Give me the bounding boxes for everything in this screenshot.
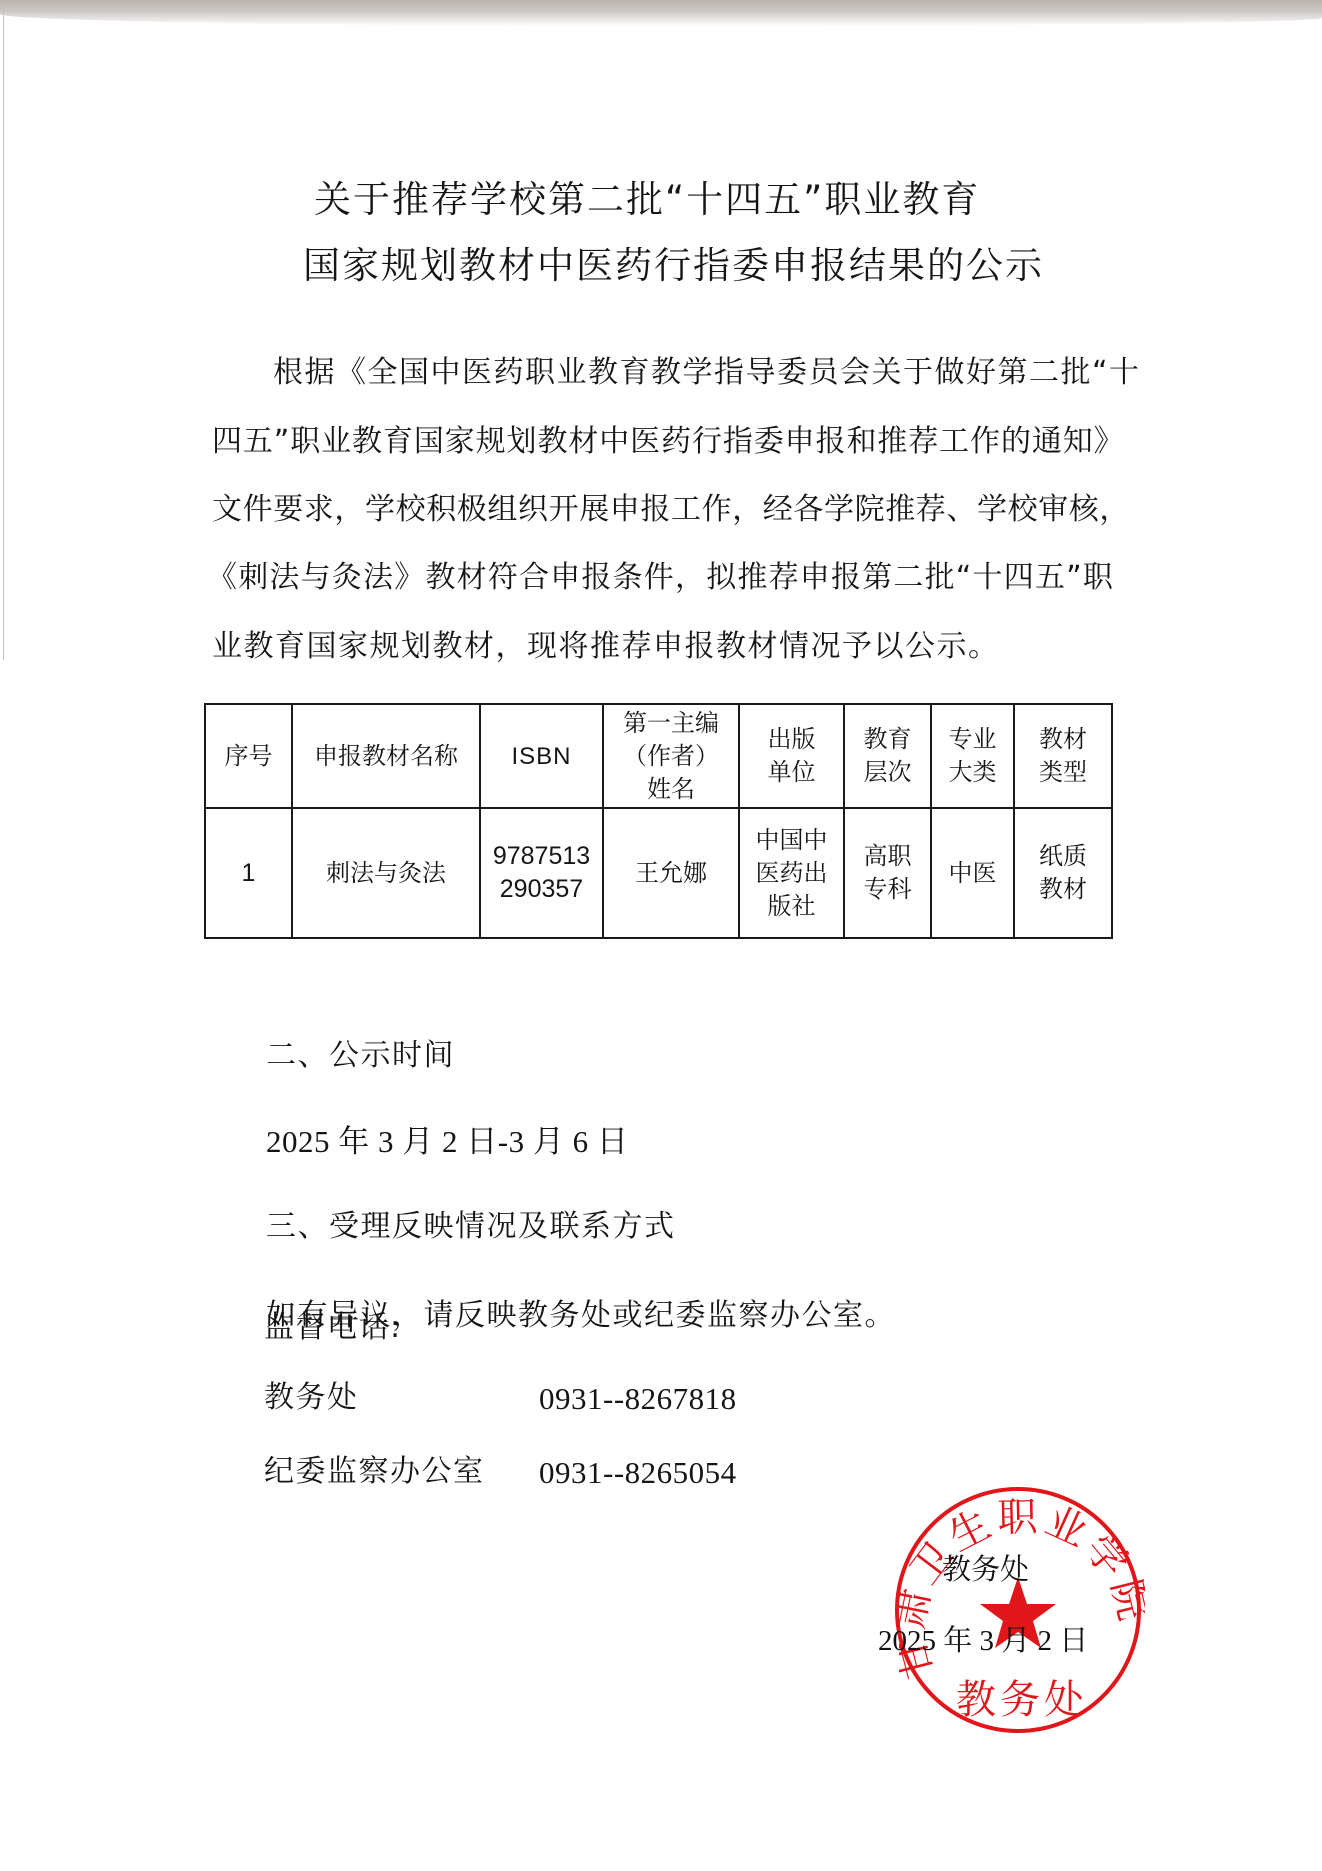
contact-office-discipline-inspection: 纪委监察办公室 bbox=[264, 1457, 485, 1487]
intro-line-2: 四五”职业教育国家规划教材中医药行指委申报和推荐工作的通知》 bbox=[212, 427, 1125, 457]
header-isbn: ISBN bbox=[480, 704, 603, 808]
intro-line-4: 《刺法与灸法》教材符合申报条件，拟推荐申报第二批“十四五”职 bbox=[207, 563, 1114, 593]
signature-issuer: 教务处 bbox=[942, 1547, 1029, 1588]
supervision-phone-label-text: 监督电话: bbox=[264, 1313, 402, 1343]
header-education-level: 教育 层次 bbox=[844, 704, 931, 808]
section-3-heading: 三、受理反映情况及联系方式 bbox=[266, 1212, 676, 1242]
intro-line-5: 业教育国家规划教材，现将推荐申报教材情况予以公示。 bbox=[212, 632, 1000, 662]
textbook-table: 序号 申报教材名称 ISBN 第一主编 （作者） 姓名 出版 单位 教育 层次 … bbox=[204, 703, 1113, 939]
cell-index: 1 bbox=[205, 808, 292, 938]
contact-office-academic-affairs: 教务处 bbox=[264, 1383, 359, 1413]
table-header-row: 序号 申报教材名称 ISBN 第一主编 （作者） 姓名 出版 单位 教育 层次 … bbox=[205, 704, 1112, 808]
cell-isbn: 9787513 290357 bbox=[480, 808, 603, 938]
header-chief-editor: 第一主编 （作者） 姓名 bbox=[603, 704, 739, 808]
cell-chief-editor: 王允娜 bbox=[603, 808, 739, 938]
section-2-heading: 二、公示时间 bbox=[266, 1041, 455, 1071]
official-seal: 甘肃卫生职业学院 教务处 bbox=[895, 1487, 1141, 1733]
seal-center-text: 教务处 bbox=[956, 1677, 1088, 1723]
header-major-category: 专业 大类 bbox=[931, 704, 1014, 808]
intro-line-3: 文件要求，学校积极组织开展申报工作，经各学院推荐、学校审核， bbox=[212, 495, 1130, 525]
paper-edge bbox=[3, 10, 4, 660]
contact-phone-academic-affairs: 0931--8267818 bbox=[539, 1381, 737, 1417]
document-title-line-1: 关于推荐学校第二批“十四五”职业教育 bbox=[314, 181, 980, 218]
publicity-period: 2025 年 3 月 2 日-3 月 6 日 bbox=[266, 1126, 628, 1157]
header-textbook-type: 教材 类型 bbox=[1014, 704, 1112, 808]
cell-education-level: 高职 专科 bbox=[844, 808, 931, 938]
scan-shadow bbox=[0, 0, 1322, 26]
signature-date: 2025 年 3 月 2 日 bbox=[878, 1618, 1088, 1659]
seal-graphic: 甘肃卫生职业学院 教务处 bbox=[899, 1491, 1145, 1737]
document-title-line-2: 国家规划教材中医药行指委申报结果的公示 bbox=[303, 247, 1044, 284]
header-index: 序号 bbox=[205, 704, 292, 808]
header-textbook-name: 申报教材名称 bbox=[292, 704, 480, 808]
header-publisher: 出版 单位 bbox=[739, 704, 844, 808]
table-row: 1 刺法与灸法 9787513 290357 王允娜 中国中 医药出 版社 高职… bbox=[205, 808, 1112, 938]
cell-publisher: 中国中 医药出 版社 bbox=[739, 808, 844, 938]
contact-phone-discipline-inspection: 0931--8265054 bbox=[539, 1455, 737, 1491]
cell-textbook-type: 纸质 教材 bbox=[1014, 808, 1112, 938]
cell-major-category: 中医 bbox=[931, 808, 1014, 938]
cell-textbook-name: 刺法与灸法 bbox=[292, 808, 480, 938]
intro-line-1: 根据《全国中医药职业教育教学指导委员会关于做好第二批“十 bbox=[273, 358, 1141, 388]
